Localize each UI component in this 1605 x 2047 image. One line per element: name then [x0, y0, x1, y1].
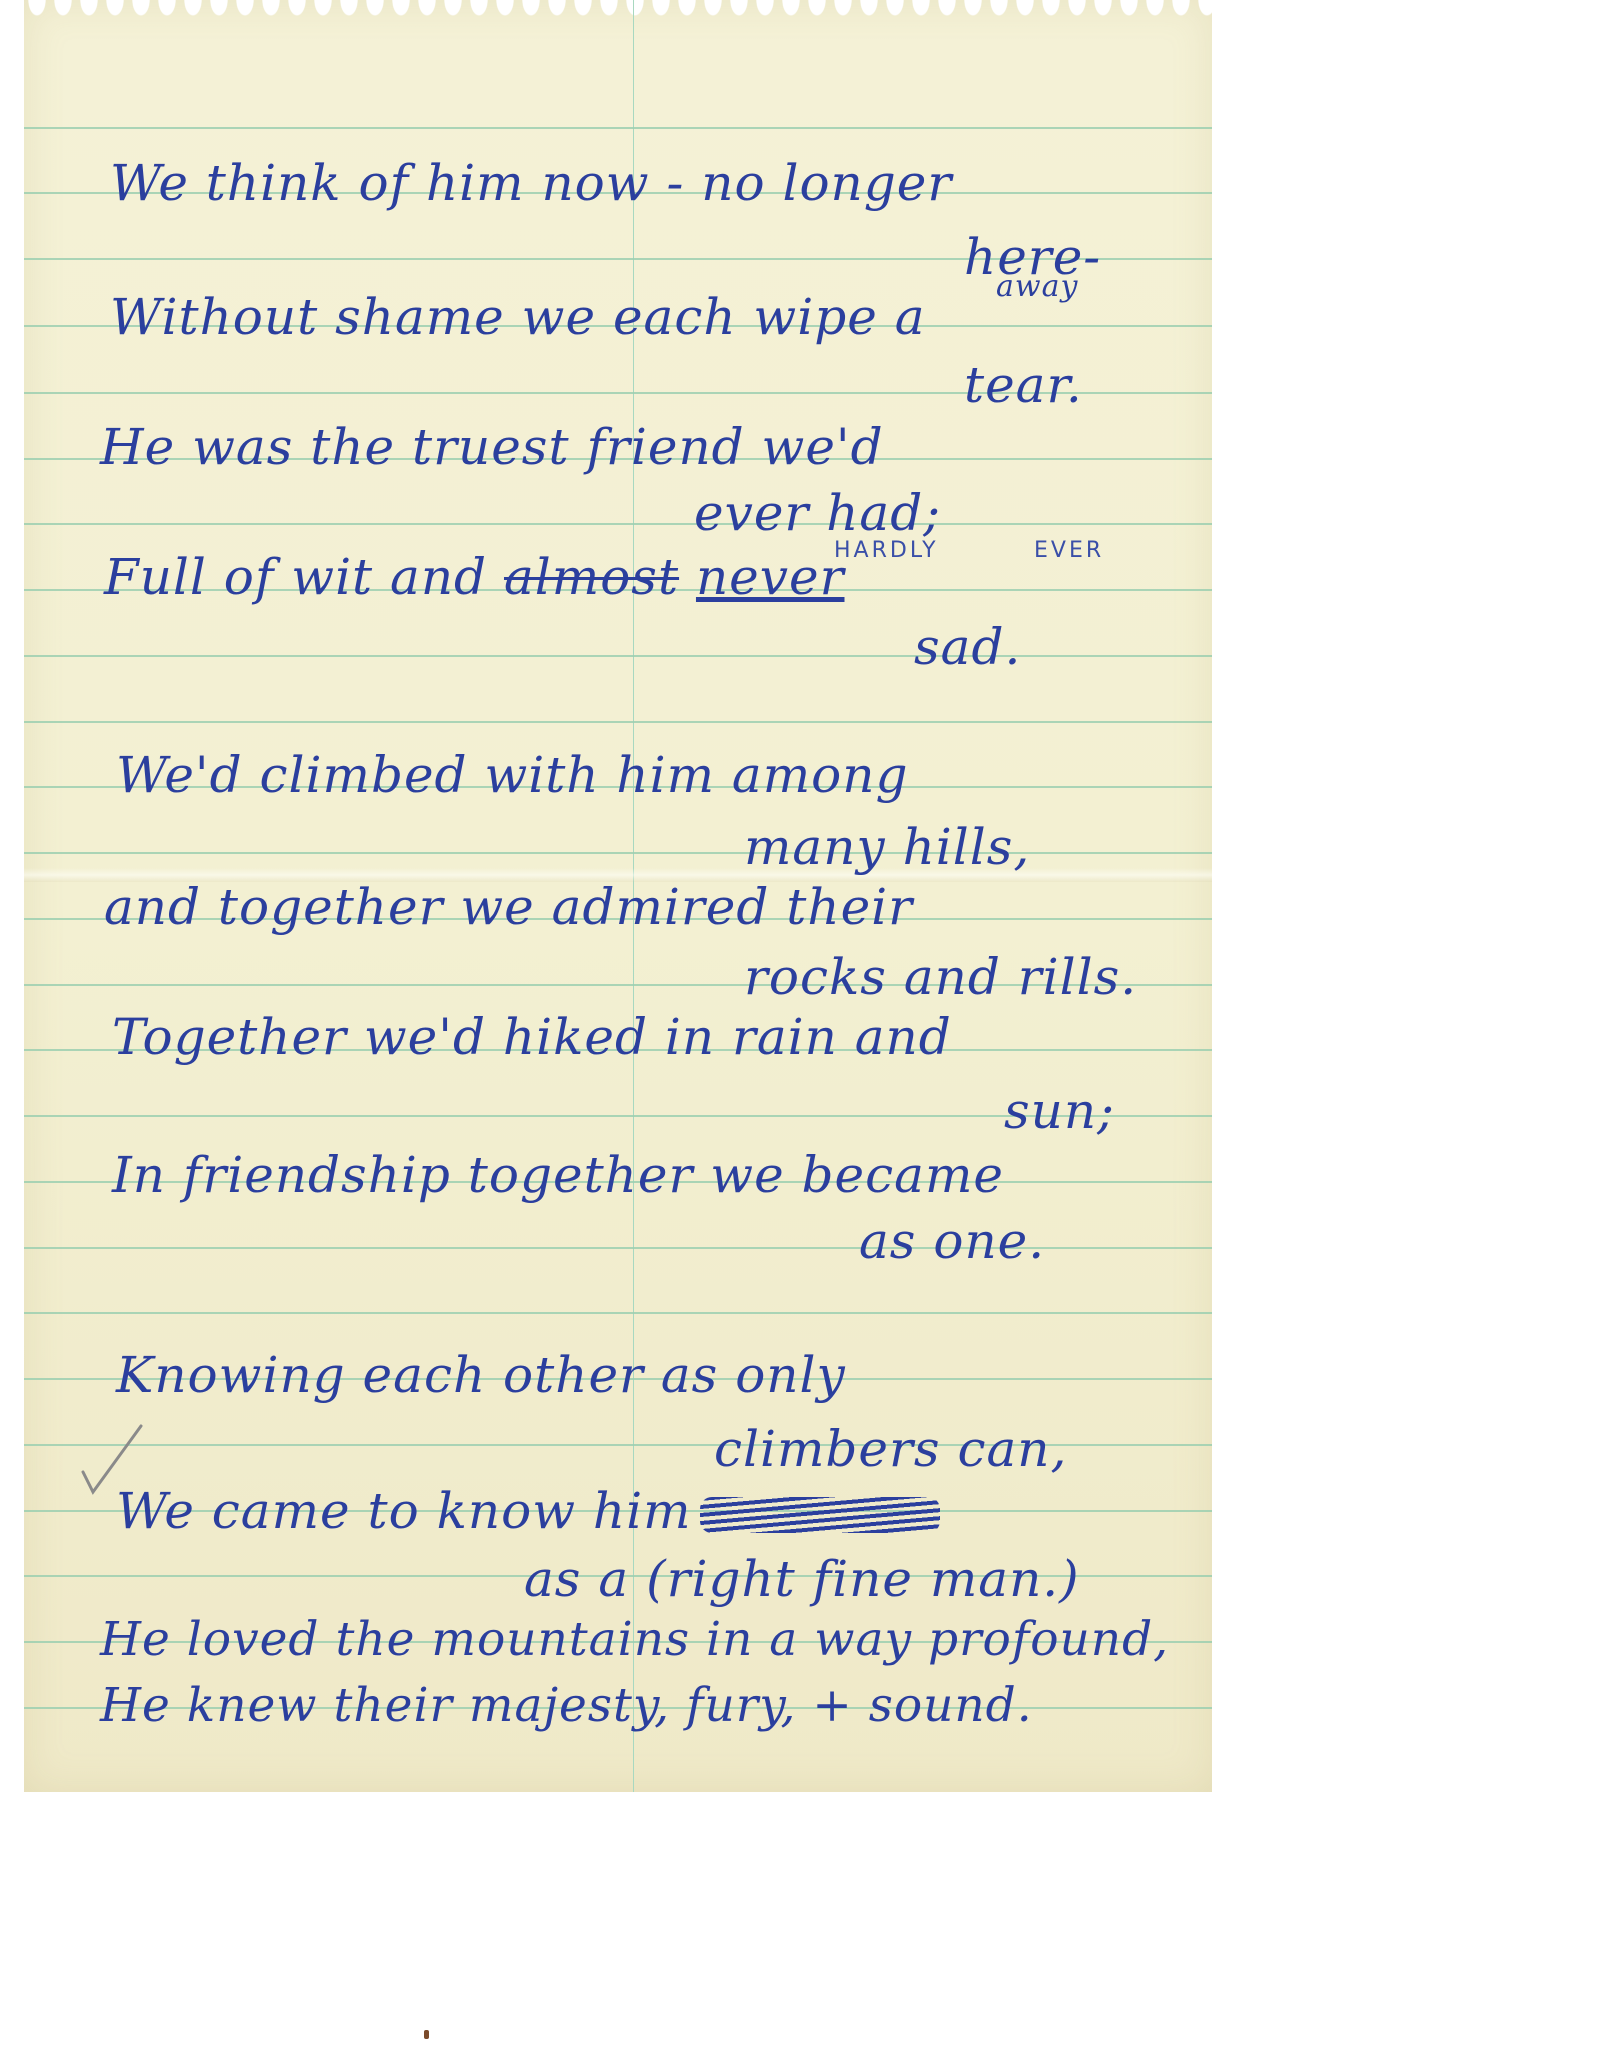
poem-line-continuation: climbers can,	[714, 1424, 1067, 1474]
poem-line-continuation: tear.	[964, 360, 1083, 410]
poem-line: Full of wit and almost never	[104, 552, 845, 602]
poem-line: Knowing each other as only	[116, 1350, 846, 1400]
poem-line: He knew their majesty, fury, + sound.	[100, 1682, 1033, 1729]
poem-line-continuation: many hills,	[744, 822, 1030, 872]
struck-word: almost	[504, 548, 679, 606]
poem-insertion-caps: HARDLY	[834, 540, 939, 562]
poem-line: He loved the mountains in a way profound…	[100, 1616, 1169, 1663]
poem-line-continuation: ever had;	[694, 488, 941, 538]
poem-line: We'd climbed with him among	[116, 750, 908, 800]
ruled-line	[24, 852, 1212, 854]
poem-line-continuation: as one.	[859, 1216, 1045, 1266]
ruled-line	[24, 655, 1212, 657]
ruled-line	[24, 523, 1212, 525]
poem-line-continuation: as a (right fine man.)	[524, 1554, 1080, 1604]
ruled-line	[24, 721, 1212, 723]
scribbled-out-word	[700, 1497, 940, 1533]
poem-line: In friendship together we became	[112, 1150, 1004, 1200]
poem-line: and together we admired their	[104, 882, 913, 932]
poem-insertion-caps: EVER	[1034, 540, 1104, 562]
poem-insertion: away	[996, 272, 1078, 302]
poem-line-continuation: sad.	[914, 622, 1021, 672]
poem-line-continuation: rocks and rills.	[744, 952, 1137, 1002]
paper-speck	[424, 2030, 429, 2039]
underlined-word: never	[696, 548, 845, 606]
notebook-paper: We think of him now - no longer here- aw…	[24, 0, 1212, 1792]
poem-text: Full of wit and	[104, 548, 487, 606]
poem-line: Together we'd hiked in rain and	[112, 1012, 952, 1062]
poem-line: We came to know him	[116, 1486, 940, 1536]
poem-text: We came to know him	[116, 1482, 692, 1540]
parenthetical-phrase: (right fine man.)	[646, 1550, 1080, 1608]
ruled-line	[24, 1312, 1212, 1314]
poem-line: He was the truest friend we'd	[100, 422, 884, 472]
poem-line: We think of him now - no longer	[110, 158, 952, 208]
poem-text: as a	[524, 1550, 629, 1608]
ruled-line	[24, 127, 1212, 129]
poem-line-continuation: sun;	[1004, 1086, 1115, 1136]
perforated-top-edge	[24, 0, 1212, 40]
poem-line: Without shame we each wipe a	[110, 292, 926, 342]
